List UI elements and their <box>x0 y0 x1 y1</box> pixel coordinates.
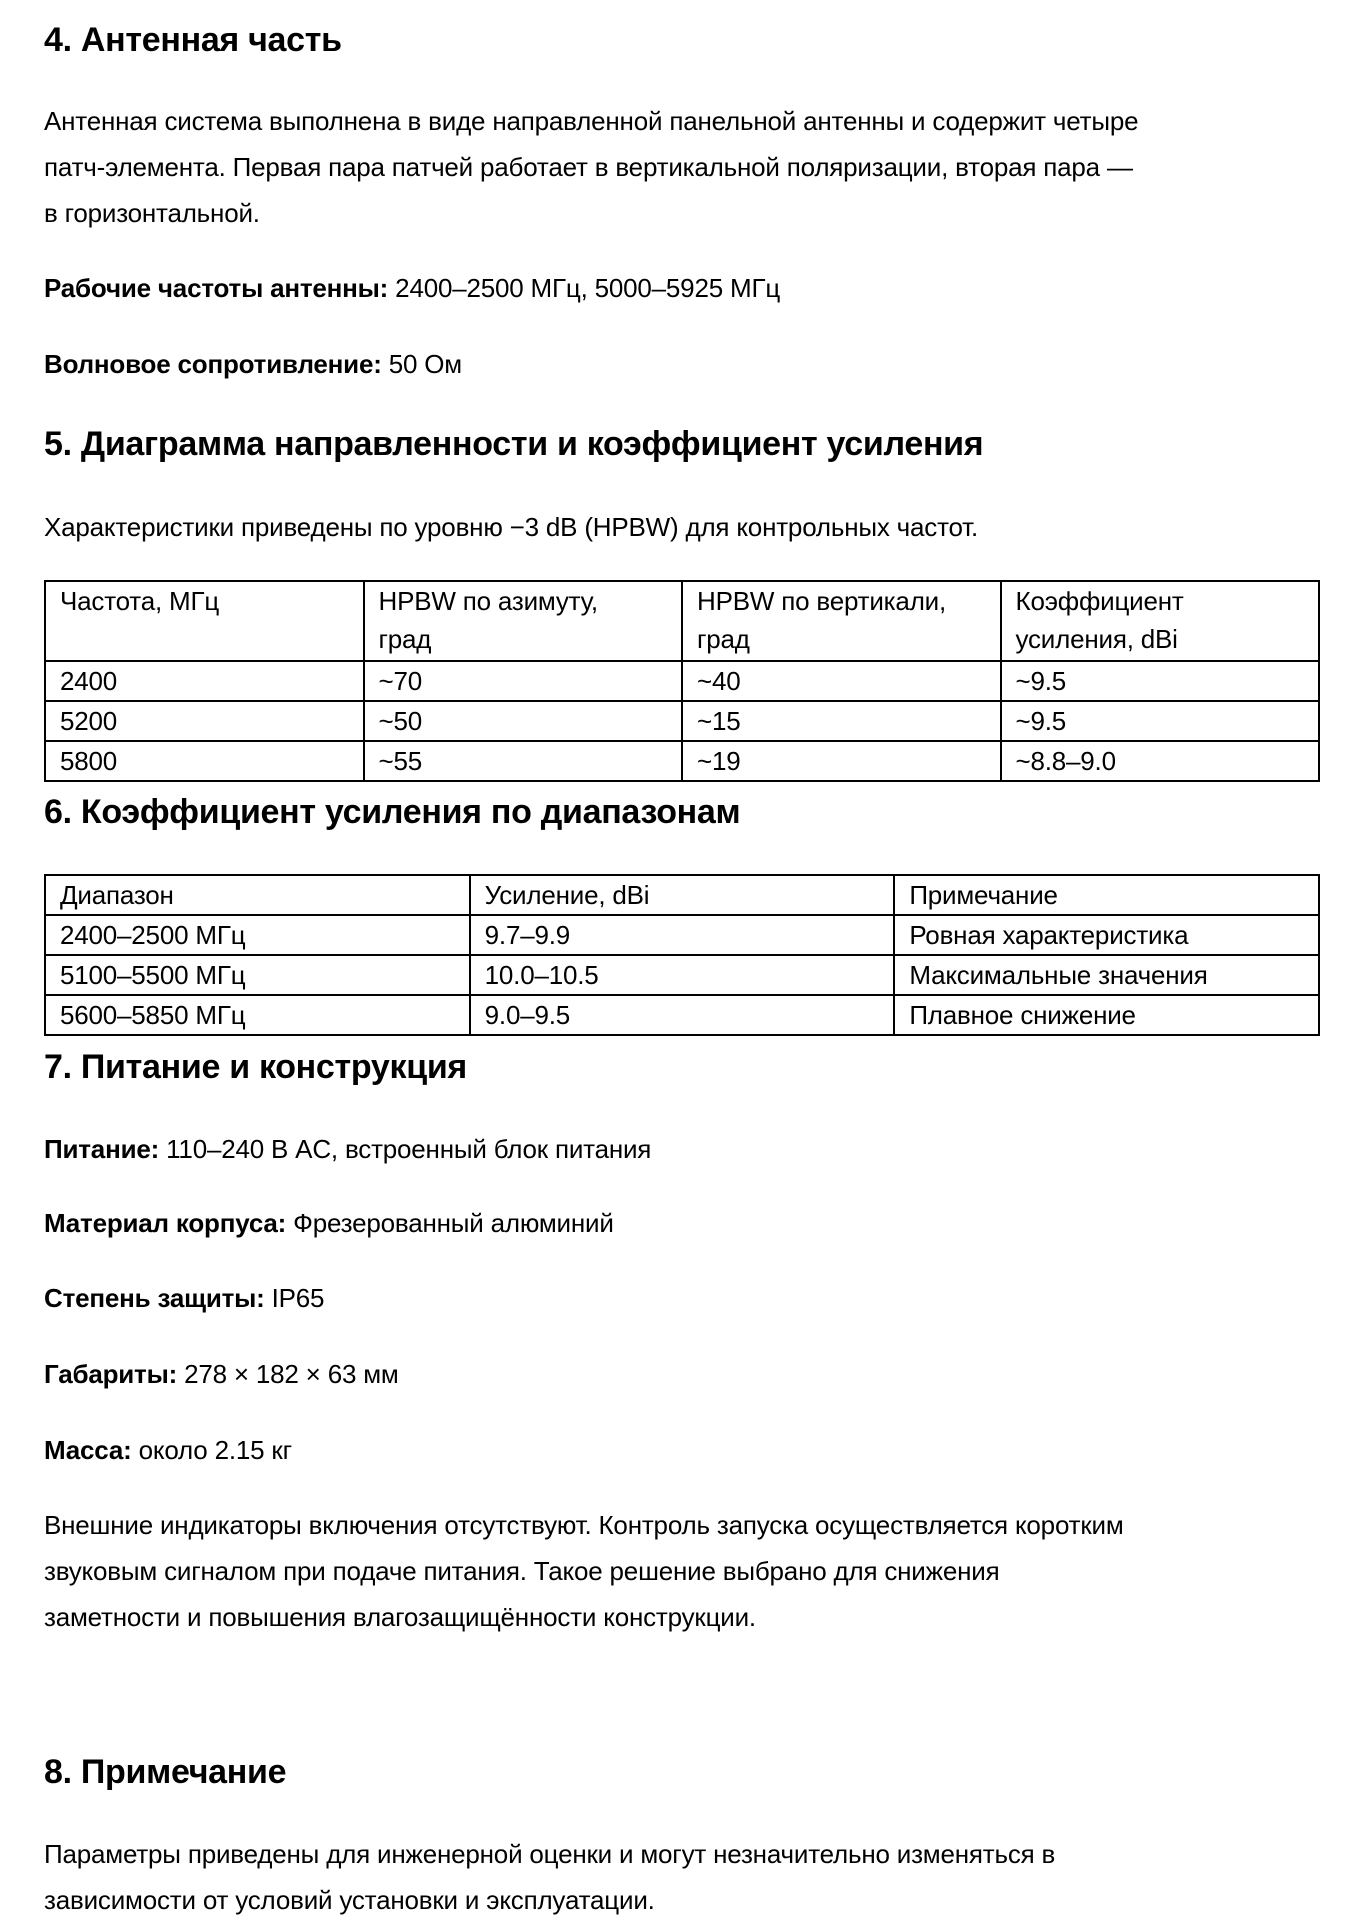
table-row: 5200 ~50 ~15 ~9.5 <box>45 701 1319 741</box>
table-cell: 10.0–10.5 <box>470 955 895 995</box>
table-header-cell: Коэффициентусиления, dBi <box>1001 581 1320 661</box>
table-cell: 5200 <box>45 701 364 741</box>
table-cell: ~55 <box>364 741 683 781</box>
section-7-heading: 7. Питание и конструкция <box>44 1047 467 1087</box>
antenna-description: Антенная система выполнена в виде направ… <box>44 98 1138 236</box>
section-6-heading: 6. Коэффициент усиления по диапазонам <box>44 792 740 832</box>
table-cell: 5800 <box>45 741 364 781</box>
gain-by-band-table: Диапазон Усиление, dBi Примечание 2400–2… <box>44 874 1320 1036</box>
table-row: 5100–5500 МГц 10.0–10.5 Максимальные зна… <box>45 955 1319 995</box>
spec-value: 50 Ом <box>382 349 462 379</box>
spec-label: Степень защиты: <box>44 1283 265 1313</box>
table-header-cell: Диапазон <box>45 875 470 915</box>
spec-value: IP65 <box>265 1283 325 1313</box>
section-4-heading: 4. Антенная часть <box>44 20 342 60</box>
table-cell: 9.7–9.9 <box>470 915 895 955</box>
table-cell: ~19 <box>682 741 1001 781</box>
spec-label: Волновое сопротивление: <box>44 349 382 379</box>
indicators-description: Внешние индикаторы включения отсутствуют… <box>44 1502 1124 1640</box>
spec-housing-material: Материал корпуса: Фрезерованный алюминий <box>44 1200 614 1246</box>
section-8-heading: 8. Примечание <box>44 1752 286 1792</box>
spec-operating-frequencies: Рабочие частоты антенны: 2400–2500 МГц, … <box>44 265 780 311</box>
spec-label: Габариты: <box>44 1359 177 1389</box>
paragraph-line: звуковым сигналом при подаче питания. Та… <box>44 1548 1124 1594</box>
spec-power: Питание: 110–240 В AC, встроенный блок п… <box>44 1126 651 1172</box>
spec-protection-rating: Степень защиты: IP65 <box>44 1275 324 1321</box>
table-cell: 5100–5500 МГц <box>45 955 470 995</box>
table-cell: Ровная характеристика <box>894 915 1319 955</box>
paragraph-line: в горизонтальной. <box>44 190 1138 236</box>
table-row: 2400–2500 МГц 9.7–9.9 Ровная характерист… <box>45 915 1319 955</box>
note-paragraph: Параметры приведены для инженерной оценк… <box>44 1831 1055 1920</box>
paragraph-line: заметности и повышения влагозащищённости… <box>44 1594 1124 1640</box>
table-row: 5600–5850 МГц 9.0–9.5 Плавное снижение <box>45 995 1319 1035</box>
table-header-cell: Примечание <box>894 875 1319 915</box>
spec-weight: Масса: около 2.15 кг <box>44 1427 292 1473</box>
table-cell: ~9.5 <box>1001 661 1320 701</box>
spec-value: около 2.15 кг <box>132 1435 292 1465</box>
table-cell: ~40 <box>682 661 1001 701</box>
table-header-cell: HPBW по вертикали,град <box>682 581 1001 661</box>
radiation-pattern-table: Частота, МГц HPBW по азимуту,град HPBW п… <box>44 580 1320 782</box>
table-cell: Максимальные значения <box>894 955 1319 995</box>
paragraph-line: зависимости от условий установки и экспл… <box>44 1877 1055 1920</box>
table-cell: ~9.5 <box>1001 701 1320 741</box>
paragraph-line: Параметры приведены для инженерной оценк… <box>44 1831 1055 1877</box>
table-cell: ~50 <box>364 701 683 741</box>
spec-value: Фрезерованный алюминий <box>286 1208 614 1238</box>
paragraph-line: Внешние индикаторы включения отсутствуют… <box>44 1502 1124 1548</box>
table-cell: ~8.8–9.0 <box>1001 741 1320 781</box>
paragraph-line: Антенная система выполнена в виде направ… <box>44 98 1138 144</box>
table-cell: Плавное снижение <box>894 995 1319 1035</box>
table-row: 2400 ~70 ~40 ~9.5 <box>45 661 1319 701</box>
spec-dimensions: Габариты: 278 × 182 × 63 мм <box>44 1351 399 1397</box>
section-5-heading: 5. Диаграмма направленности и коэффициен… <box>44 424 983 464</box>
spec-value: 278 × 182 × 63 мм <box>177 1359 399 1389</box>
spec-label: Материал корпуса: <box>44 1208 286 1238</box>
spec-label: Рабочие частоты антенны: <box>44 273 388 303</box>
spec-label: Масса: <box>44 1435 132 1465</box>
table-cell: 2400 <box>45 661 364 701</box>
table-header-row: Частота, МГц HPBW по азимуту,град HPBW п… <box>45 581 1319 661</box>
table-row: 5800 ~55 ~19 ~8.8–9.0 <box>45 741 1319 781</box>
table-cell: 2400–2500 МГц <box>45 915 470 955</box>
table-header-cell: HPBW по азимуту,град <box>364 581 683 661</box>
table-cell: ~15 <box>682 701 1001 741</box>
spec-value: 110–240 В AC, встроенный блок питания <box>159 1134 651 1164</box>
table-header-cell: Частота, МГц <box>45 581 364 661</box>
spec-label: Питание: <box>44 1134 159 1164</box>
spec-impedance: Волновое сопротивление: 50 Ом <box>44 341 462 387</box>
table-header-cell: Усиление, dBi <box>470 875 895 915</box>
table-cell: 9.0–9.5 <box>470 995 895 1035</box>
spec-value: 2400–2500 МГц, 5000–5925 МГц <box>388 273 780 303</box>
table-cell: 5600–5850 МГц <box>45 995 470 1035</box>
section-5-intro: Характеристики приведены по уровню −3 dB… <box>44 504 978 550</box>
paragraph-line: патч-элемента. Первая пара патчей работа… <box>44 144 1138 190</box>
table-header-row: Диапазон Усиление, dBi Примечание <box>45 875 1319 915</box>
table-cell: ~70 <box>364 661 683 701</box>
